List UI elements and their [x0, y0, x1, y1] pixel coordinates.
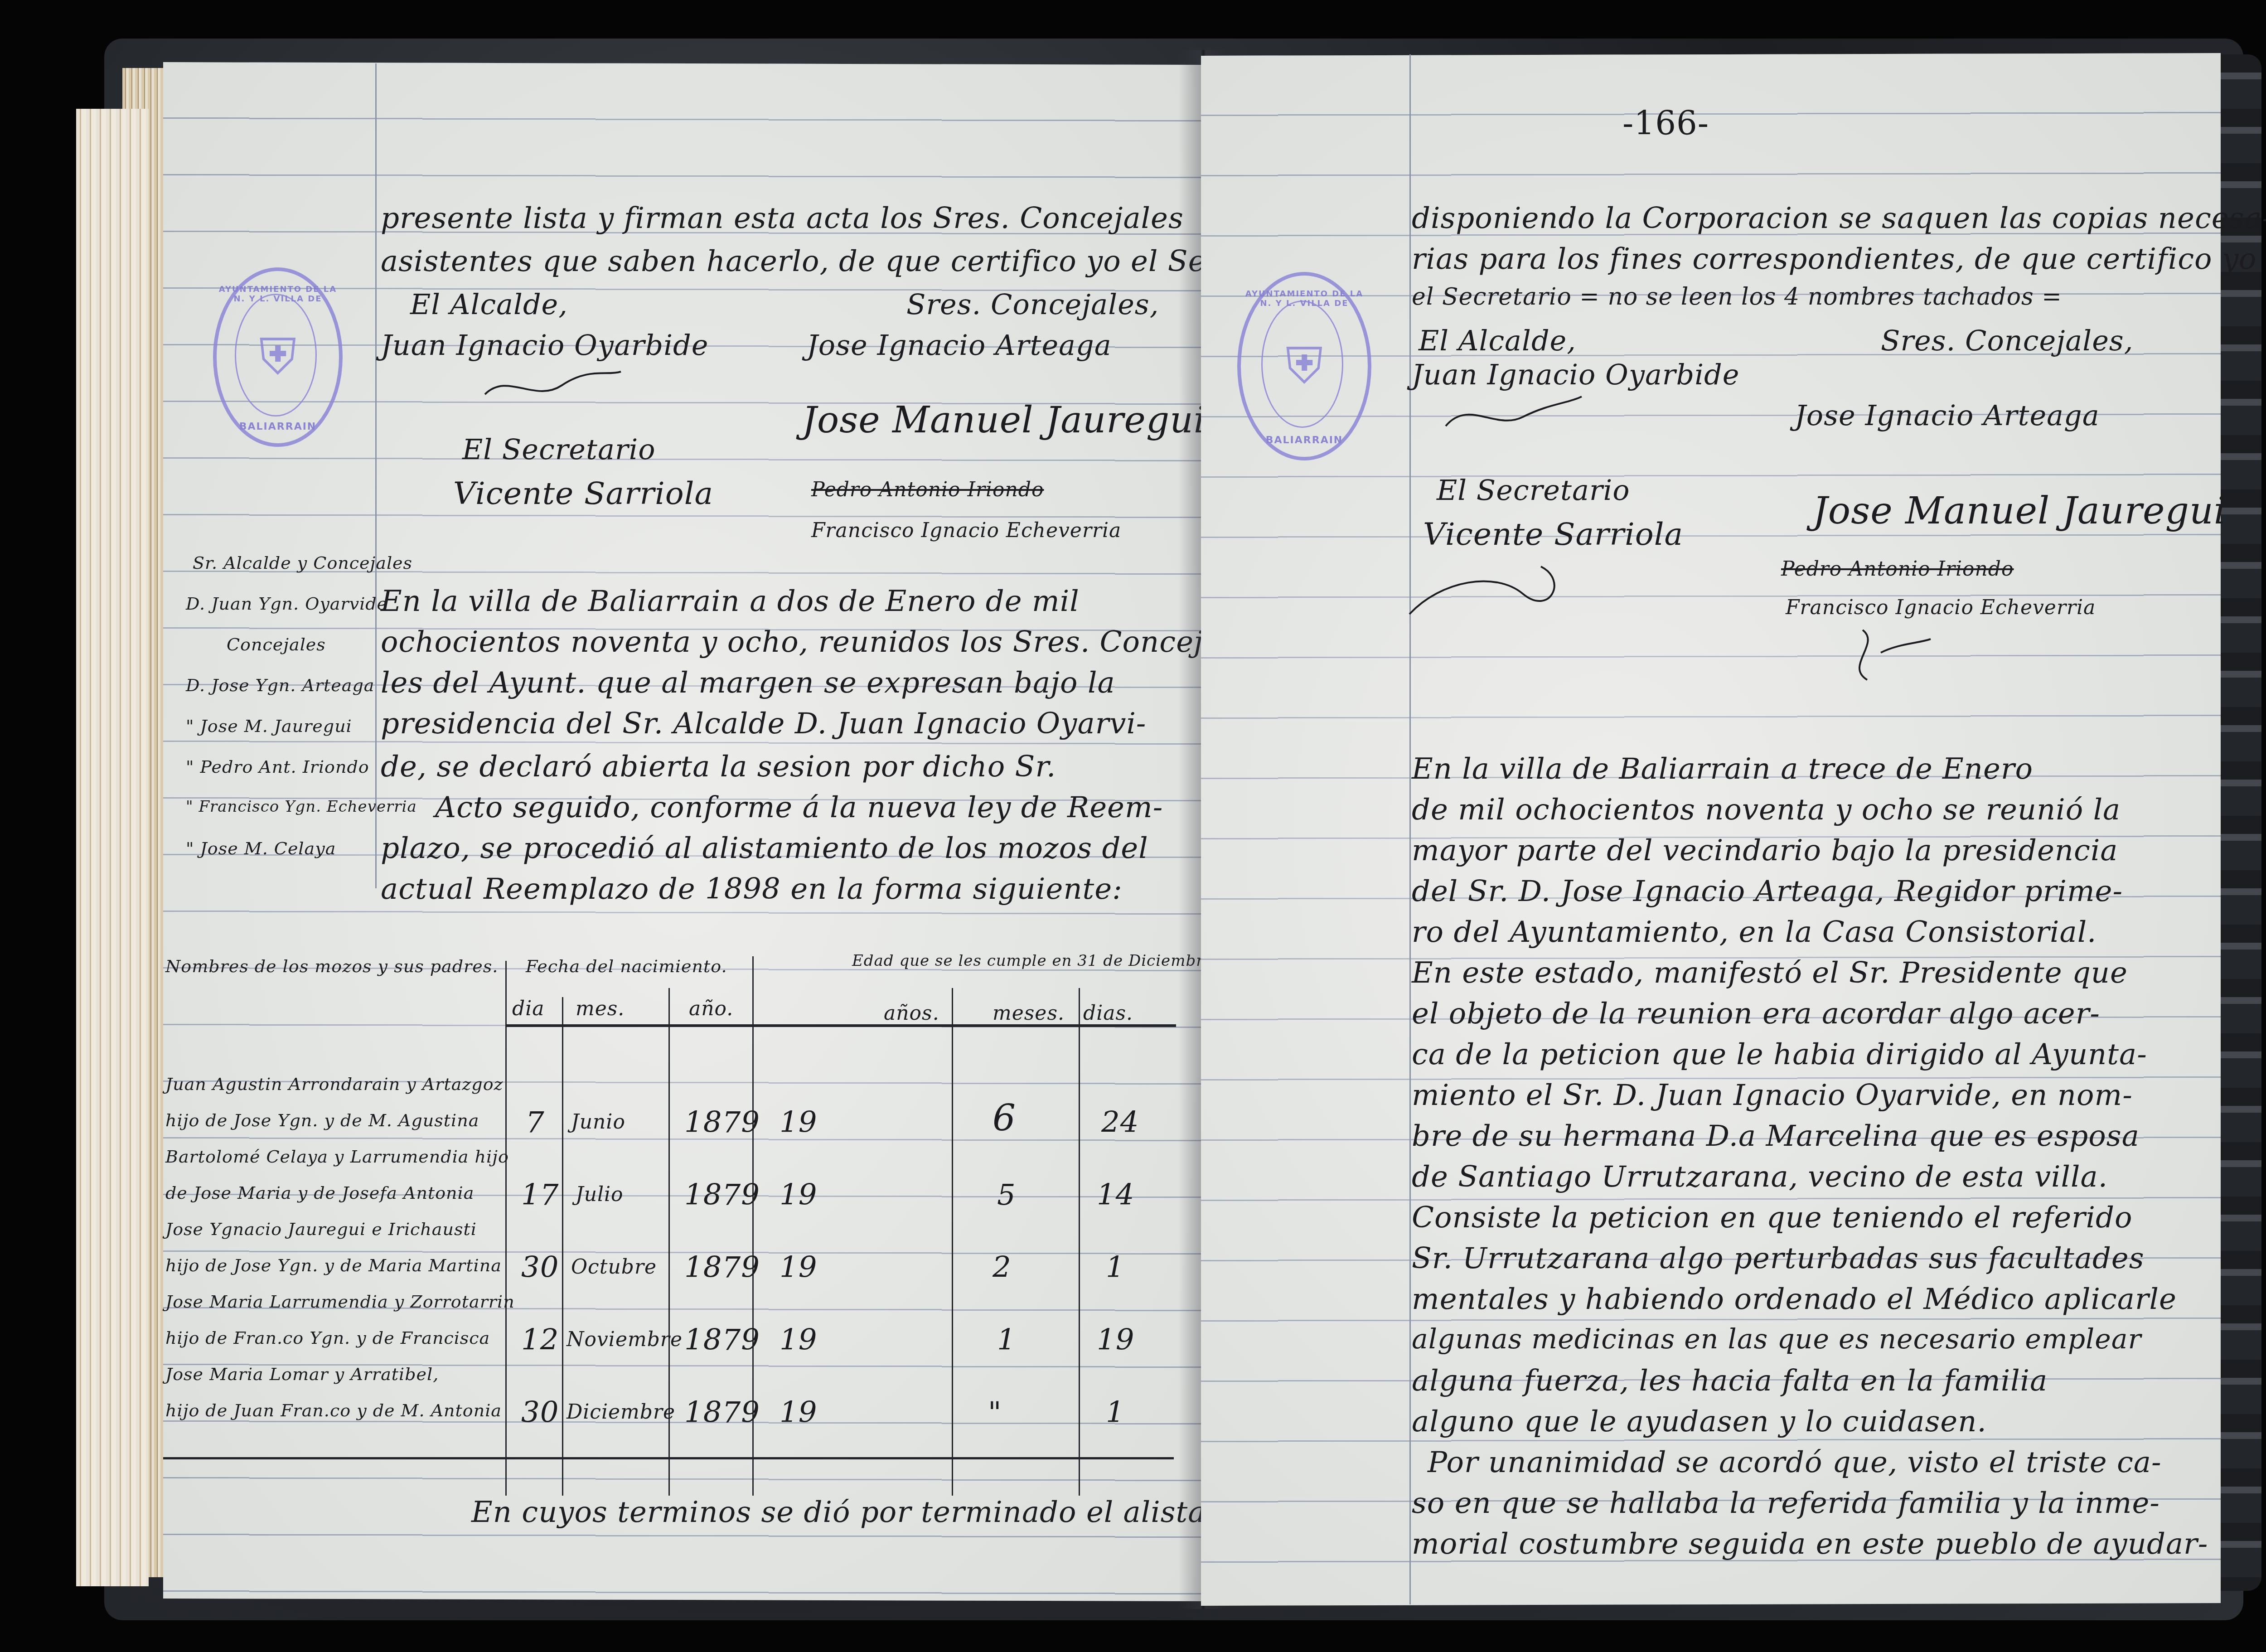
row-dia: 30: [521, 1251, 559, 1284]
seal-text-top: AYUNTAMIENTO DE LA N. Y L. VILLA DE: [1241, 289, 1368, 308]
col-mes: mes.: [576, 997, 625, 1020]
minutes-line: del Sr. D. Jose Ignacio Arteaga, Regidor…: [1412, 875, 2123, 908]
concejales-label: Sres. Concejales,: [906, 288, 1159, 321]
concejal-signature: Jose Ignacio Arteaga: [1795, 399, 2100, 432]
seal-text-bottom: BALIARRAIN: [217, 421, 339, 432]
row-dia: 17: [521, 1178, 559, 1212]
row-name: Jose Maria Lomar y Arratibel,: [165, 1364, 439, 1384]
row-mes: Diciembre: [566, 1400, 675, 1424]
concejal-signature: Jose Manuel Jauregui: [1813, 489, 2226, 533]
table-column-rule: [562, 997, 563, 1496]
minutes-line: el objeto de la reunion era acordar algo…: [1412, 997, 2100, 1031]
table-header-birth: Fecha del nacimiento.: [526, 956, 727, 976]
row-parents: hijo de Jose Ygn. y de M. Agustina: [165, 1110, 479, 1130]
opening-line: disponiendo la Corporacion se saquen las…: [1412, 202, 2266, 235]
opening-line: rias para los fines correspondientes, de…: [1412, 242, 2257, 276]
minutes-line: alguna fuerza, les hacia falta en la fam…: [1412, 1364, 2048, 1398]
minutes-line: mentales y habiendo ordenado el Médico a…: [1412, 1283, 2177, 1316]
row-mes: Julio: [576, 1183, 624, 1206]
row-anos: 19: [780, 1396, 817, 1429]
minutes-line: presidencia del Sr. Alcalde D. Juan Igna…: [381, 707, 1146, 741]
concejal-signature: Pedro Antonio Iriondo: [811, 478, 1044, 501]
col-ano: año.: [689, 997, 733, 1020]
concejal-signature: Pedro Antonio Iriondo: [1781, 557, 2014, 581]
table-column-rule: [505, 961, 507, 1496]
minutes-line: plazo, se procedió al alistamiento de lo…: [381, 832, 1148, 865]
minutes-line: Consiste la peticion en que teniendo el …: [1412, 1201, 2133, 1235]
row-meses: 6: [993, 1097, 1016, 1139]
row-meses: 5: [997, 1178, 1016, 1212]
row-dias: 19: [1097, 1323, 1134, 1357]
signature-flourish: [1405, 562, 1577, 621]
alcalde-signature: Juan Ignacio Oyarbide: [1412, 358, 1739, 391]
margin-rule: [375, 63, 377, 888]
margin-note-alcalde: D. Juan Ygn. Oyarvide: [186, 594, 387, 614]
minutes-line: bre de su hermana D.a Marcelina que es e…: [1412, 1119, 2140, 1153]
row-name: Jose Ygnacio Jauregui e Irichausti: [165, 1219, 477, 1239]
concejal-signature: Jose Manuel Jauregui: [802, 399, 1206, 441]
row-ano: 1879: [684, 1106, 760, 1139]
alcalde-signature: Juan Ignacio Oyarbide: [381, 329, 708, 362]
margin-note-concejales-label: Concejales: [227, 635, 326, 654]
concejal-signature: Jose Ignacio Arteaga: [807, 329, 1112, 362]
secretario-signature: Vicente Sarriola: [1423, 517, 1683, 552]
minutes-line: algunas medicinas en las que es necesari…: [1412, 1323, 2141, 1355]
minutes-line: morial costumbre seguida en este pueblo …: [1412, 1527, 2208, 1561]
secretario-signature: Vicente Sarriola: [453, 476, 713, 512]
minutes-line: de Santiago Urrutzarana, vecino de esta …: [1412, 1160, 2108, 1194]
table-column-rule: [1079, 988, 1080, 1496]
row-dias: 1: [1106, 1396, 1125, 1429]
alcalde-label: El Alcalde,: [410, 288, 568, 321]
minutes-line: ro del Ayuntamiento, en la Casa Consisto…: [1412, 916, 2097, 949]
row-name: Juan Agustin Arrondarain y Artazgoz: [165, 1074, 504, 1094]
margin-note-member: " Jose M. Jauregui: [186, 716, 352, 736]
row-meses: ": [988, 1396, 1002, 1429]
row-ano: 1879: [684, 1396, 760, 1429]
row-mes: Octubre: [571, 1255, 657, 1279]
col-dia: dia: [512, 997, 544, 1020]
seal-text-bottom: BALIARRAIN: [1241, 435, 1368, 446]
col-meses: meses.: [993, 1002, 1065, 1025]
row-ano: 1879: [684, 1251, 760, 1284]
margin-note-member: D. Jose Ygn. Arteaga: [186, 675, 375, 695]
seal-text-top: AYUNTAMIENTO DE LA N. Y L. VILLA DE: [217, 285, 339, 304]
secretario-label: El Secretario: [462, 433, 656, 466]
margin-note-member: " Francisco Ygn. Echeverria: [186, 798, 417, 816]
row-anos: 19: [780, 1251, 817, 1284]
minutes-line: de mil ochocientos noventa y ocho se reu…: [1412, 793, 2121, 827]
signature-flourish: [480, 363, 625, 403]
seal-inner-ring: [235, 294, 317, 417]
row-ano: 1879: [684, 1178, 760, 1212]
row-name: Jose Maria Larrumendia y Zorrotarrin: [165, 1292, 515, 1312]
page-number: -166-: [1622, 104, 1709, 142]
minutes-line: mayor parte del vecindario bajo la presi…: [1412, 834, 2118, 867]
concejales-label: Sres. Concejales,: [1881, 324, 2133, 357]
row-anos: 19: [780, 1106, 817, 1139]
margin-note-title: Sr. Alcalde y Concejales: [193, 553, 412, 573]
margin-note-member: " Pedro Ant. Iriondo: [186, 757, 369, 777]
page-stack-edge: [76, 109, 149, 1586]
minutes-line: miento el Sr. D. Juan Ignacio Oyarvide, …: [1412, 1079, 2133, 1112]
concejal-signature: Francisco Ignacio Echeverria: [1786, 596, 2096, 619]
row-dia: 7: [526, 1106, 545, 1139]
minutes-line: Sr. Urrutzarana algo perturbadas sus fac…: [1412, 1242, 2145, 1275]
row-dia: 30: [521, 1396, 559, 1429]
row-dia: 12: [521, 1323, 559, 1357]
row-mes: Junio: [571, 1110, 625, 1134]
minutes-line: alguno que le ayudasen y lo cuidasen.: [1412, 1405, 1987, 1439]
row-parents: de Jose Maria y de Josefa Antonia: [165, 1183, 474, 1203]
minutes-line: Acto seguido, conforme á la nueva ley de…: [435, 791, 1163, 824]
row-parents: hijo de Juan Fran.co y de M. Antonia: [165, 1400, 502, 1420]
row-dias: 1: [1106, 1251, 1125, 1284]
row-mes: Noviembre: [566, 1328, 683, 1351]
row-dias: 24: [1101, 1106, 1139, 1139]
minutes-line: les del Ayunt. que al margen se expresan…: [381, 666, 1115, 700]
margin-note-member: " Jose M. Celaya: [186, 838, 336, 858]
table-header-age: Edad que se les cumple en 31 de Diciembr…: [852, 952, 1219, 970]
municipal-seal-stamp: AYUNTAMIENTO DE LA N. Y L. VILLA DE ⛨ BA…: [213, 267, 343, 447]
col-anos: años.: [884, 1002, 939, 1025]
alcalde-label: El Alcalde,: [1419, 324, 1576, 357]
minutes-line: actual Reemplazo de 1898 en la forma sig…: [381, 872, 1123, 906]
signature-flourish: [1835, 625, 1935, 684]
concejal-signature: Francisco Ignacio Echeverria: [811, 519, 1121, 542]
row-ano: 1879: [684, 1323, 760, 1357]
table-header-rule: [505, 1024, 1176, 1027]
municipal-seal-stamp: AYUNTAMIENTO DE LA N. Y L. VILLA DE ⛨ BA…: [1237, 272, 1371, 460]
signature-flourish: [1441, 390, 1586, 435]
table-header-names: Nombres de los mozos y sus padres.: [165, 956, 498, 976]
row-meses: 1: [997, 1323, 1016, 1357]
row-anos: 19: [780, 1323, 817, 1357]
minutes-line: En la villa de Baliarrain a trece de Ene…: [1412, 752, 2033, 786]
opening-line: el Secretario = no se leen los 4 nombres…: [1412, 283, 2062, 310]
closing-line: presente lista y firman esta acta los Sr…: [381, 202, 1184, 235]
row-name: Bartolomé Celaya y Larrumendia hijo: [165, 1147, 509, 1167]
row-parents: hijo de Jose Ygn. y de Maria Martina: [165, 1255, 502, 1275]
minutes-line: Por unanimidad se acordó que, visto el t…: [1428, 1446, 2162, 1479]
seal-inner-ring: [1261, 300, 1343, 428]
row-anos: 19: [780, 1178, 817, 1212]
minutes-line: ca de la peticion que le habia dirigido …: [1412, 1038, 2147, 1071]
minutes-line: ochocientos noventa y ocho, reunidos los…: [381, 625, 1231, 659]
secretario-label: El Secretario: [1437, 474, 1630, 507]
minutes-line: so en que se hallaba la referida familia…: [1412, 1487, 2160, 1520]
minutes-line: En este estado, manifestó el Sr. Preside…: [1412, 956, 2128, 990]
minutes-line: de, se declaró abierta la sesion por dic…: [381, 750, 1056, 784]
row-parents: hijo de Fran.co Ygn. y de Francisca: [165, 1328, 490, 1348]
minutes-line: En la villa de Baliarrain a dos de Enero…: [381, 585, 1080, 618]
col-dias: dias.: [1083, 1002, 1133, 1025]
margin-rule: [1409, 54, 1411, 1604]
row-dias: 14: [1097, 1178, 1134, 1212]
table-column-rule: [952, 988, 953, 1496]
row-meses: 2: [993, 1251, 1012, 1284]
